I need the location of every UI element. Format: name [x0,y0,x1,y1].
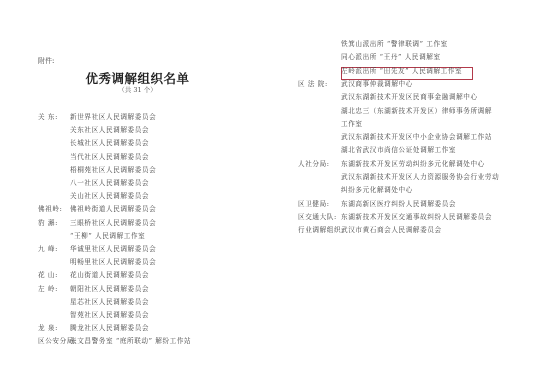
list-item: 豹 澥:三眼桥社区人民调解委员会 [38,219,70,227]
organization-name: 工作室 [341,120,363,128]
unit-label: 区卫健局: [298,200,340,208]
unit-label: 豹 澥: [38,219,70,227]
unit-label: 九 峰: [38,245,70,253]
organization-name: 智苑社区人民调解委员会 [70,311,149,319]
list-item: 左岭派出所 “田先友” 人民调解工作室 [298,67,340,75]
list-item: 同心派出所 “王丹” 人民调解室 [298,53,340,61]
list-item: 区 法 院:武汉商事仲裁调解中心 [298,80,340,88]
list-item: 铁箕山派出所 “警律联调” 工作室 [298,40,340,48]
organization-name: 武汉东湖新技术开发区中小企业协会调解工作站 [341,133,492,141]
list-item: 武汉东湖新技术开发区人力资源服务协会行业劳动 [298,173,340,181]
organization-name: 湖北省武汉市尚信公证处调解工作室 [341,146,456,154]
list-item: 长城社区人民调解委员会 [38,139,70,147]
organization-name: 武汉市黄石商会人民调解委员会 [341,226,442,234]
organization-name: 新世界社区人民调解委员会 [70,113,156,121]
organization-name: 关山社区人民调解委员会 [70,192,149,200]
list-item: 佛祖岭:佛祖岭街道人民调解委员会 [38,205,70,213]
list-item: 行业调解组织:武汉市黄石商会人民调解委员会 [298,226,340,234]
organization-name: 武汉东湖新技术开发区民商事金融调解中心 [341,93,478,101]
unit-label: 左 岭: [38,285,70,293]
list-item: 武汉东湖新技术开发区民商事金融调解中心 [298,93,340,101]
organization-name: 纠纷多元化解调处中心 [341,186,413,194]
attachment-label: 附件: [38,56,54,66]
list-item: 工作室 [298,120,340,128]
organization-name: 东湖新技术开发区交通事故纠纷人民调解委员会 [341,213,492,221]
organization-name: 铁箕山派出所 “警律联调” 工作室 [341,40,448,48]
list-item: 当代社区人民调解委员会 [38,153,70,161]
organization-name: 当代社区人民调解委员会 [70,153,149,161]
left-page: 附件: 优秀调解组织名单 （共 31 个） 关 东:新世界社区人民调解委员会关东… [0,0,275,389]
list-item: 八一社区人民调解委员会 [38,179,70,187]
organization-name: 梧桐苑社区人民调解委员会 [70,166,156,174]
unit-label: 人社分局: [298,160,340,168]
organization-name: 同心派出所 “王丹” 人民调解室 [341,53,441,61]
organization-name: 佛祖岭街道人民调解委员会 [70,205,156,213]
list-item: 区交通大队:东湖新技术开发区交通事故纠纷人民调解委员会 [298,213,340,221]
organization-name: 花山街道人民调解委员会 [70,271,149,279]
unit-label: 区公安分局: [38,337,70,345]
organization-name: 星芯社区人民调解委员会 [70,298,149,306]
unit-label: 区交通大队: [298,213,340,221]
list-item: 梧桐苑社区人民调解委员会 [38,166,70,174]
organization-name: 腾龙社区人民调解委员会 [70,324,149,332]
organization-name: “王柳” 人民调解工作室 [70,232,145,240]
list-item: “王柳” 人民调解工作室 [38,232,70,240]
unit-label: 关 东: [38,113,70,121]
list-item: 武汉东湖新技术开发区中小企业协会调解工作站 [298,133,340,141]
list-item: 纠纷多元化解调处中心 [298,186,340,194]
organization-name: 朝阳社区人民调解委员会 [70,285,149,293]
organization-name: 关东社区人民调解委员会 [70,126,149,134]
unit-label: 龙 泉: [38,324,70,332]
list-item: 关山社区人民调解委员会 [38,192,70,200]
list-item: 智苑社区人民调解委员会 [38,311,70,319]
list-item: 花 山:花山街道人民调解委员会 [38,271,70,279]
right-page: 铁箕山派出所 “警律联调” 工作室同心派出所 “王丹” 人民调解室左岭派出所 “… [275,0,550,389]
list-item: 明畅里社区人民调解委员会 [38,258,70,266]
unit-label: 行业调解组织: [298,226,340,234]
organization-name: 东湖新技术开发区劳动纠纷多元化解调处中心 [341,160,485,168]
list-item: 湖北忠三（东湖新技术开发区）律师事务所调解 [298,107,340,115]
organization-name: 明畅里社区人民调解委员会 [70,258,156,266]
organization-name: 张文昌警务室 “庭所联动” 解纷工作站 [70,337,191,345]
organization-name: 湖北忠三（东湖新技术开发区）律师事务所调解 [341,107,492,115]
list-item: 区卫健局:东湖高新区医疗纠纷人民调解委员会 [298,200,340,208]
list-item: 人社分局:东湖新技术开发区劳动纠纷多元化解调处中心 [298,160,340,168]
document-subtitle: （共 31 个） [0,85,275,94]
organization-name: 三眼桥社区人民调解委员会 [70,219,156,227]
list-item: 左 岭:朝阳社区人民调解委员会 [38,285,70,293]
list-item: 区公安分局:张文昌警务室 “庭所联动” 解纷工作站 [38,337,70,345]
organization-name: 八一社区人民调解委员会 [70,179,149,187]
list-item: 星芯社区人民调解委员会 [38,298,70,306]
list-item: 关 东:新世界社区人民调解委员会 [38,113,70,121]
unit-label: 区 法 院: [298,80,340,88]
unit-label: 佛祖岭: [38,205,70,213]
organization-name: 东湖高新区医疗纠纷人民调解委员会 [341,200,456,208]
list-item: 湖北省武汉市尚信公证处调解工作室 [298,146,340,154]
organization-name: 左岭派出所 “田先友” 人民调解工作室 [341,67,462,75]
unit-label: 花 山: [38,271,70,279]
organization-name: 武汉东湖新技术开发区人力资源服务协会行业劳动 [341,173,499,181]
organization-name: 武汉商事仲裁调解中心 [341,80,413,88]
organization-name: 长城社区人民调解委员会 [70,139,149,147]
list-item: 关东社区人民调解委员会 [38,126,70,134]
list-item: 龙 泉:腾龙社区人民调解委员会 [38,324,70,332]
organization-name: 华诚里社区人民调解委员会 [70,245,156,253]
list-item: 九 峰:华诚里社区人民调解委员会 [38,245,70,253]
